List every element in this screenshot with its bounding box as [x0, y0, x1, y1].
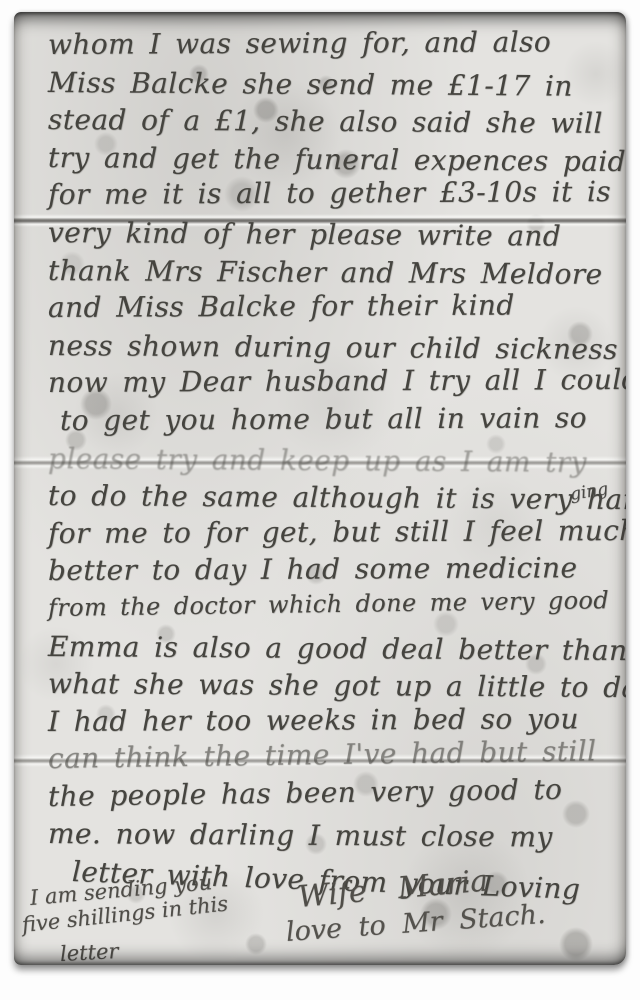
letter-body: whom I was sewing for, and also Miss Bal… [48, 26, 614, 891]
letter-line: whom I was sewing for, and also [48, 23, 614, 64]
letter-line: for me to for get, but still I feel much [48, 512, 614, 553]
letter-line: very kind of her please write and [48, 214, 614, 256]
letter-line: and Miss Balcke for their kind [48, 286, 614, 327]
letter-line: now my Dear husband I try all I could [48, 361, 614, 402]
letter-line: stead of a £1, she also said she will [48, 101, 614, 143]
letter-line: me. now darling I must close my [48, 815, 614, 857]
letter-line: from the doctor which done me very good [48, 582, 614, 627]
letter-line: the people has been very good to [48, 770, 614, 815]
letter-line: to get you home but all in vain so [60, 399, 614, 439]
letter-line: Emma is also a good deal better than [48, 628, 614, 670]
letter-line-faded: please try and keep up as I am try [48, 440, 614, 482]
letter-paper: whom I was sewing for, and also Miss Bal… [14, 12, 626, 965]
postscript-note-line: letter [59, 939, 119, 965]
letter-line: for me it is all to gether £3-10s it is [48, 173, 614, 214]
letter-line: Miss Balcke she send me £1-17 in [48, 64, 614, 106]
scanned-letter-scene: whom I was sewing for, and also Miss Bal… [0, 0, 640, 1000]
